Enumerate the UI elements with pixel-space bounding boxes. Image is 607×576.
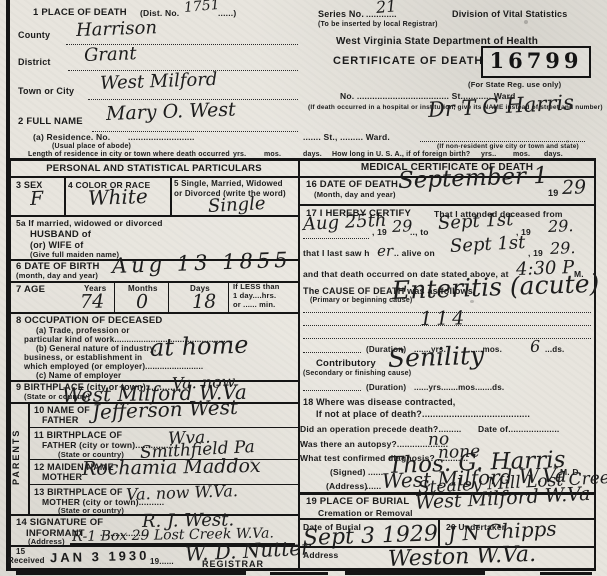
occupation-c: (c) Name of employer — [36, 371, 121, 380]
mother-bp-label-line1: 13 BIRTHPLACE OF — [34, 487, 123, 497]
marital-value: Single — [207, 193, 266, 217]
length-mos: mos. — [264, 151, 281, 158]
undertaker-address-value: Weston W.Va. — [388, 542, 537, 572]
residence-note: (Usual place of abode) — [52, 143, 131, 150]
dod-value: September 1 — [398, 163, 549, 194]
autopsy-question: Was there an autopsy?...................… — [300, 439, 448, 449]
full-name-label: 2 FULL NAME — [18, 116, 83, 127]
full-name-value: Mary O. West — [106, 98, 236, 125]
certify-mid2: .., to — [410, 227, 429, 237]
attended-to-date: Sept 1st — [437, 209, 513, 234]
column-divider — [298, 158, 300, 568]
item5a-line1: 5a If married, widowed or divorced — [16, 218, 163, 228]
usa-yrs: yrs.. — [481, 151, 496, 158]
saw-mid: .. alive on — [394, 248, 435, 258]
certify-dotline — [303, 238, 369, 239]
duration1-ds: ...ds. — [545, 345, 564, 354]
cell-divider — [114, 281, 115, 312]
contracted-line2: If not at place of death?...............… — [316, 409, 530, 419]
scan-bottom-mark — [540, 572, 592, 575]
saw-her: er — [377, 242, 393, 260]
dod-year-value: 29 — [562, 176, 587, 199]
occupation-value: at home — [150, 331, 249, 362]
contributory-value: Senility — [387, 341, 484, 373]
scan-bottom-mark — [270, 572, 328, 575]
saw-pre: that I last saw h — [303, 248, 370, 258]
town-label: Town or City — [18, 86, 74, 96]
duration1-value: 6 — [530, 337, 541, 356]
saw-date: Sept 1st — [449, 232, 525, 257]
frame-right — [594, 158, 596, 570]
item5a-wife: (or) WIFE of — [30, 240, 83, 250]
physician-address-label: (Address) — [326, 481, 367, 491]
certificate-number: 16799 — [483, 48, 589, 74]
full-name-line — [92, 131, 298, 132]
cause-code-value: 114 — [420, 307, 469, 330]
place-of-death-label: 1 PLACE OF DEATH — [33, 7, 127, 18]
frame-bottom — [6, 568, 596, 571]
county-value: Harrison — [76, 17, 158, 41]
age-months-value: 0 — [136, 291, 148, 313]
usa-days: days. — [544, 151, 563, 158]
residence-line — [420, 141, 585, 142]
dob-sub: (month, day and year) — [16, 271, 98, 280]
residence-st-ward: ....... St., ......... Ward. — [303, 132, 390, 142]
district-label: District — [18, 57, 51, 67]
duration1-lead — [303, 352, 361, 353]
age-years-value: 74 — [80, 291, 105, 313]
series-note: (To be inserted by local Registrar) — [318, 21, 438, 28]
certificate-number-box: 16799 — [481, 46, 591, 78]
received-number: 15 — [16, 547, 25, 556]
occupation-b-line1: (b) General nature of industry, — [36, 344, 156, 353]
length-residence-label: Length of residence in city or town wher… — [28, 151, 230, 158]
age-days-value: 18 — [192, 291, 217, 313]
cell-divider — [64, 177, 66, 215]
race-value: White — [88, 184, 149, 210]
county-label: County — [18, 30, 50, 40]
contracted-line1: 18 Where was disease contracted, — [303, 397, 455, 407]
age-label: 7 AGE — [16, 284, 45, 295]
mother-value: Rochamia Maddox — [82, 455, 261, 480]
occupation-b-line3: which employed (or employer)............… — [24, 362, 203, 371]
duration2-label: (Duration) — [366, 383, 406, 392]
dist-no-label: (Dist. No. — [140, 8, 179, 18]
occupation-label: 8 OCCUPATION OF DECEASED — [16, 315, 162, 326]
attended-to-year: 29. — [548, 216, 574, 236]
saw-year: 29. — [550, 238, 576, 258]
undertaker-value: J N Chipps — [447, 516, 557, 546]
nonresident-note: (If non-resident give city or town and s… — [437, 143, 579, 150]
item5a-maiden-note: (Give full maiden name) — [30, 250, 119, 259]
rule — [10, 215, 298, 217]
ifless-line3: or ...... min. — [233, 300, 275, 309]
series-label: Series No. — [318, 9, 364, 19]
town-value: West Milford — [100, 69, 218, 94]
parents-divider — [28, 402, 30, 514]
cause-value: Enteritis (acute) — [391, 269, 599, 305]
residence-dots: .......................... — [128, 132, 195, 142]
mother-label-line2: MOTHER — [42, 472, 82, 482]
contributory-label: Contributory — [316, 358, 376, 369]
saw-year-pre: , 19 — [528, 248, 543, 258]
cell-divider — [168, 281, 169, 312]
duration2-rest: ......yrs.......mos.......ds. — [414, 383, 504, 392]
certify-mid1: , 19 — [372, 227, 387, 237]
rule — [300, 204, 594, 206]
father-label-line2: FATHER — [42, 415, 79, 425]
scan-bottom-mark — [16, 571, 246, 575]
item5a-husband: HUSBAND of — [30, 229, 91, 240]
occupation-a-line1: (a) Trade, profession or — [36, 326, 130, 335]
sex-value: F — [30, 188, 44, 210]
dist-no-dots: ......) — [218, 8, 236, 18]
registrar-label: REGISTRAR — [202, 559, 264, 569]
mother-bp-value: Va. now W.Va. — [126, 481, 239, 504]
cell-divider — [170, 177, 172, 215]
length-yrs: yrs. — [233, 151, 246, 158]
father-bp-label-line1: 11 BIRTHPLACE OF — [34, 430, 122, 440]
ifless-line2: 1 day....hrs. — [233, 291, 276, 300]
received-date-stamp: JAN 3 1930 — [50, 548, 150, 566]
informant-label-line1: 14 SIGNATURE OF — [16, 517, 103, 528]
father-value: Jefferson West — [92, 395, 239, 424]
dod-sub: (Month, day and year) — [314, 190, 396, 199]
parents-label: PARENTS — [11, 402, 27, 512]
series-value: 21 — [375, 0, 397, 17]
father-label-line1: 10 NAME OF — [34, 405, 90, 415]
length-days: days. — [303, 151, 322, 158]
received-year: 19...... — [150, 557, 174, 566]
dist-no-value: 1751 — [183, 0, 220, 16]
signed-label: (Signed) — [330, 467, 366, 477]
undertaker-address-label: Address — [303, 550, 338, 560]
ifless-line1: If LESS than — [233, 282, 280, 291]
rule — [10, 312, 298, 314]
dod-year-pre: 19 — [548, 188, 558, 198]
death-certificate-scan: 1 PLACE OF DEATH (Dist. No. 1751 ......)… — [0, 0, 607, 576]
scan-bottom-mark — [345, 571, 485, 575]
duration2-lead — [303, 390, 361, 391]
state-reg-note: (For State Reg. use only) — [468, 80, 561, 89]
district-value: Grant — [84, 43, 137, 66]
occupation-b-line2: business, or establishment in — [24, 353, 142, 362]
frame-top — [6, 158, 596, 161]
operation-date-label: Date of.................... — [478, 424, 559, 434]
burial-sub: Cremation or Removal — [318, 508, 413, 518]
dob-value: Aug 13 1855 — [112, 248, 292, 278]
division-label: Division of Vital Statistics — [452, 9, 567, 19]
marital-label-line1: 5 Single, Married, Widowed — [174, 179, 283, 188]
usa-mos: mos. — [513, 151, 530, 158]
personal-section-title: PERSONAL AND STATISTICAL PARTICULARS — [10, 163, 298, 174]
cause-dotline-3 — [303, 338, 591, 339]
cell-divider — [228, 281, 229, 312]
certificate-title: CERTIFICATE OF DEATH — [333, 55, 483, 67]
rule — [28, 427, 298, 428]
contributory-sub: (Secondary or finishing cause) — [303, 370, 411, 377]
received-label: Received — [8, 556, 45, 565]
usa-question: How long in U. S. A., if of foreign birt… — [332, 151, 470, 158]
burial-label: 19 PLACE OF BURIAL — [306, 496, 409, 507]
physician-address-dots: ...... — [366, 481, 381, 491]
dod-label: 16 DATE OF DEATH — [306, 179, 398, 190]
residence-label: (a) Residence. No. — [33, 132, 110, 142]
